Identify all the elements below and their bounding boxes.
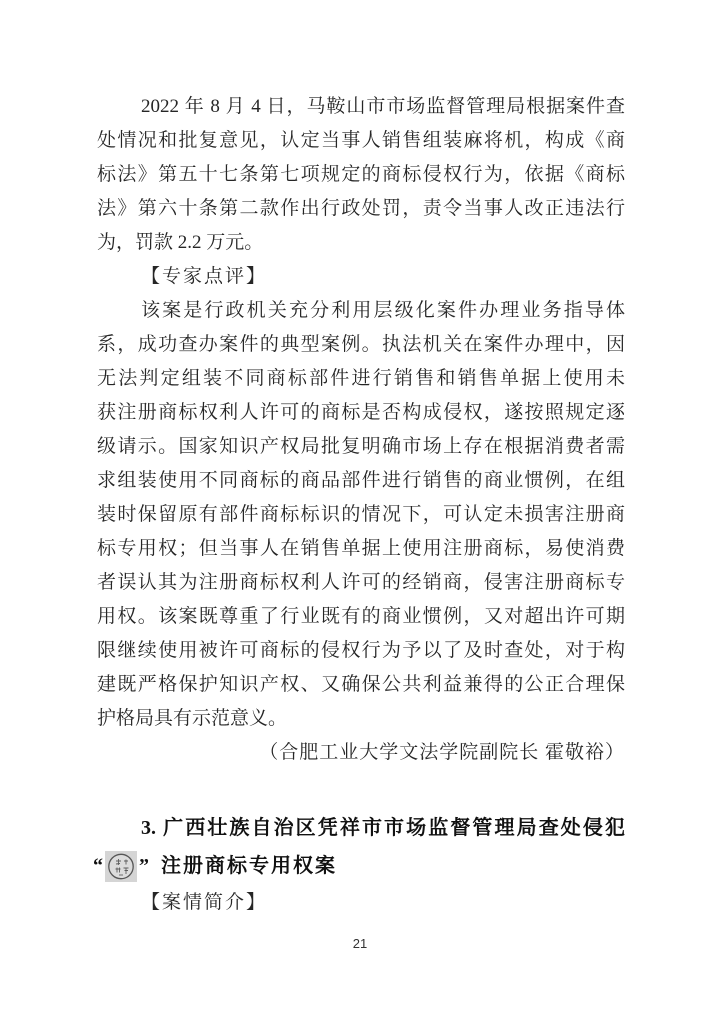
- text-line: 限继续使用被许可商标的侵权行为予以了及时查处，对于构: [97, 634, 625, 668]
- text-line: 装时保留原有部件商标标识的情况下，可认定未损害注册商: [97, 498, 625, 532]
- text-line: 用权。该案既尊重了行业既有的商业惯例，又对超出许可期: [97, 600, 625, 634]
- case3-title-line2: “ ” 注册商标专用权案: [97, 846, 625, 886]
- penalty-decision-paragraph: 2022 年 8 月 4 日，马鞍山市市场监督管理局根据案件查处情况和批复意见，…: [97, 90, 625, 260]
- attribution-line: （合肥工业大学文法学院副院长 霍敬裕）: [97, 736, 625, 770]
- text-line: 为，罚款 2.2 万元。: [97, 226, 625, 260]
- expert-review-header: 【专家点评】: [97, 260, 625, 294]
- text-line: 求组装使用不同商标的商品部件进行销售的商业惯例，在组: [97, 464, 625, 498]
- text-line: 者误认其为注册商标权利人许可的经销商，侵害注册商标专: [97, 566, 625, 600]
- text-line: 该案是行政机关充分利用层级化案件办理业务指导体: [97, 294, 625, 328]
- text-line: 建既严格保护知识产权、又确保公共利益兼得的公正合理保: [97, 668, 625, 702]
- text-line: 级请示。国家知识产权局批复明确市场上存在根据消费者需: [97, 430, 625, 464]
- case3-title-line1: 3. 广西壮族自治区凭祥市市场监督管理局查处侵犯: [97, 810, 625, 846]
- text-line: 处情况和批复意见，认定当事人销售组装麻将机，构成《商: [97, 124, 625, 158]
- text-line: 标法》第五十七条第七项规定的商标侵权行为，依据《商标: [97, 158, 625, 192]
- text-line: 法》第六十条第二款作出行政处罚，责令当事人改正违法行: [97, 192, 625, 226]
- text-line: 2022 年 8 月 4 日，马鞍山市市场监督管理局根据案件查: [97, 90, 625, 124]
- case3-title: 3. 广西壮族自治区凭祥市市场监督管理局查处侵犯 “: [97, 810, 625, 886]
- text-line: 护格局具有示范意义。: [97, 702, 625, 736]
- open-quote: “: [93, 846, 103, 886]
- text-line: 获注册商标权利人许可的商标是否构成侵权，遂按照规定逐: [97, 396, 625, 430]
- case-brief-header: 【案情简介】: [97, 886, 625, 920]
- close-quote: ”: [139, 846, 149, 886]
- text-line: 系，成功查办案件的典型案例。执法机关在案件办理中，因: [97, 328, 625, 362]
- document-page: 2022 年 8 月 4 日，马鞍山市市场监督管理局根据案件查处情况和批复意见，…: [0, 0, 720, 1018]
- case3-title-suffix: 注册商标专用权案: [161, 846, 337, 886]
- text-line: 无法判定组装不同商标部件进行销售和销售单据上使用未: [97, 362, 625, 396]
- expert-review-paragraph: 该案是行政机关充分利用层级化案件办理业务指导体系，成功查办案件的典型案例。执法机…: [97, 294, 625, 736]
- text-line: 标专用权；但当事人在销售单据上使用注册商标，易使消费: [97, 532, 625, 566]
- page-content: 2022 年 8 月 4 日，马鞍山市市场监督管理局根据案件查处情况和批复意见，…: [97, 90, 625, 920]
- trademark-seal-image: [105, 851, 137, 882]
- page-number: 21: [0, 936, 720, 951]
